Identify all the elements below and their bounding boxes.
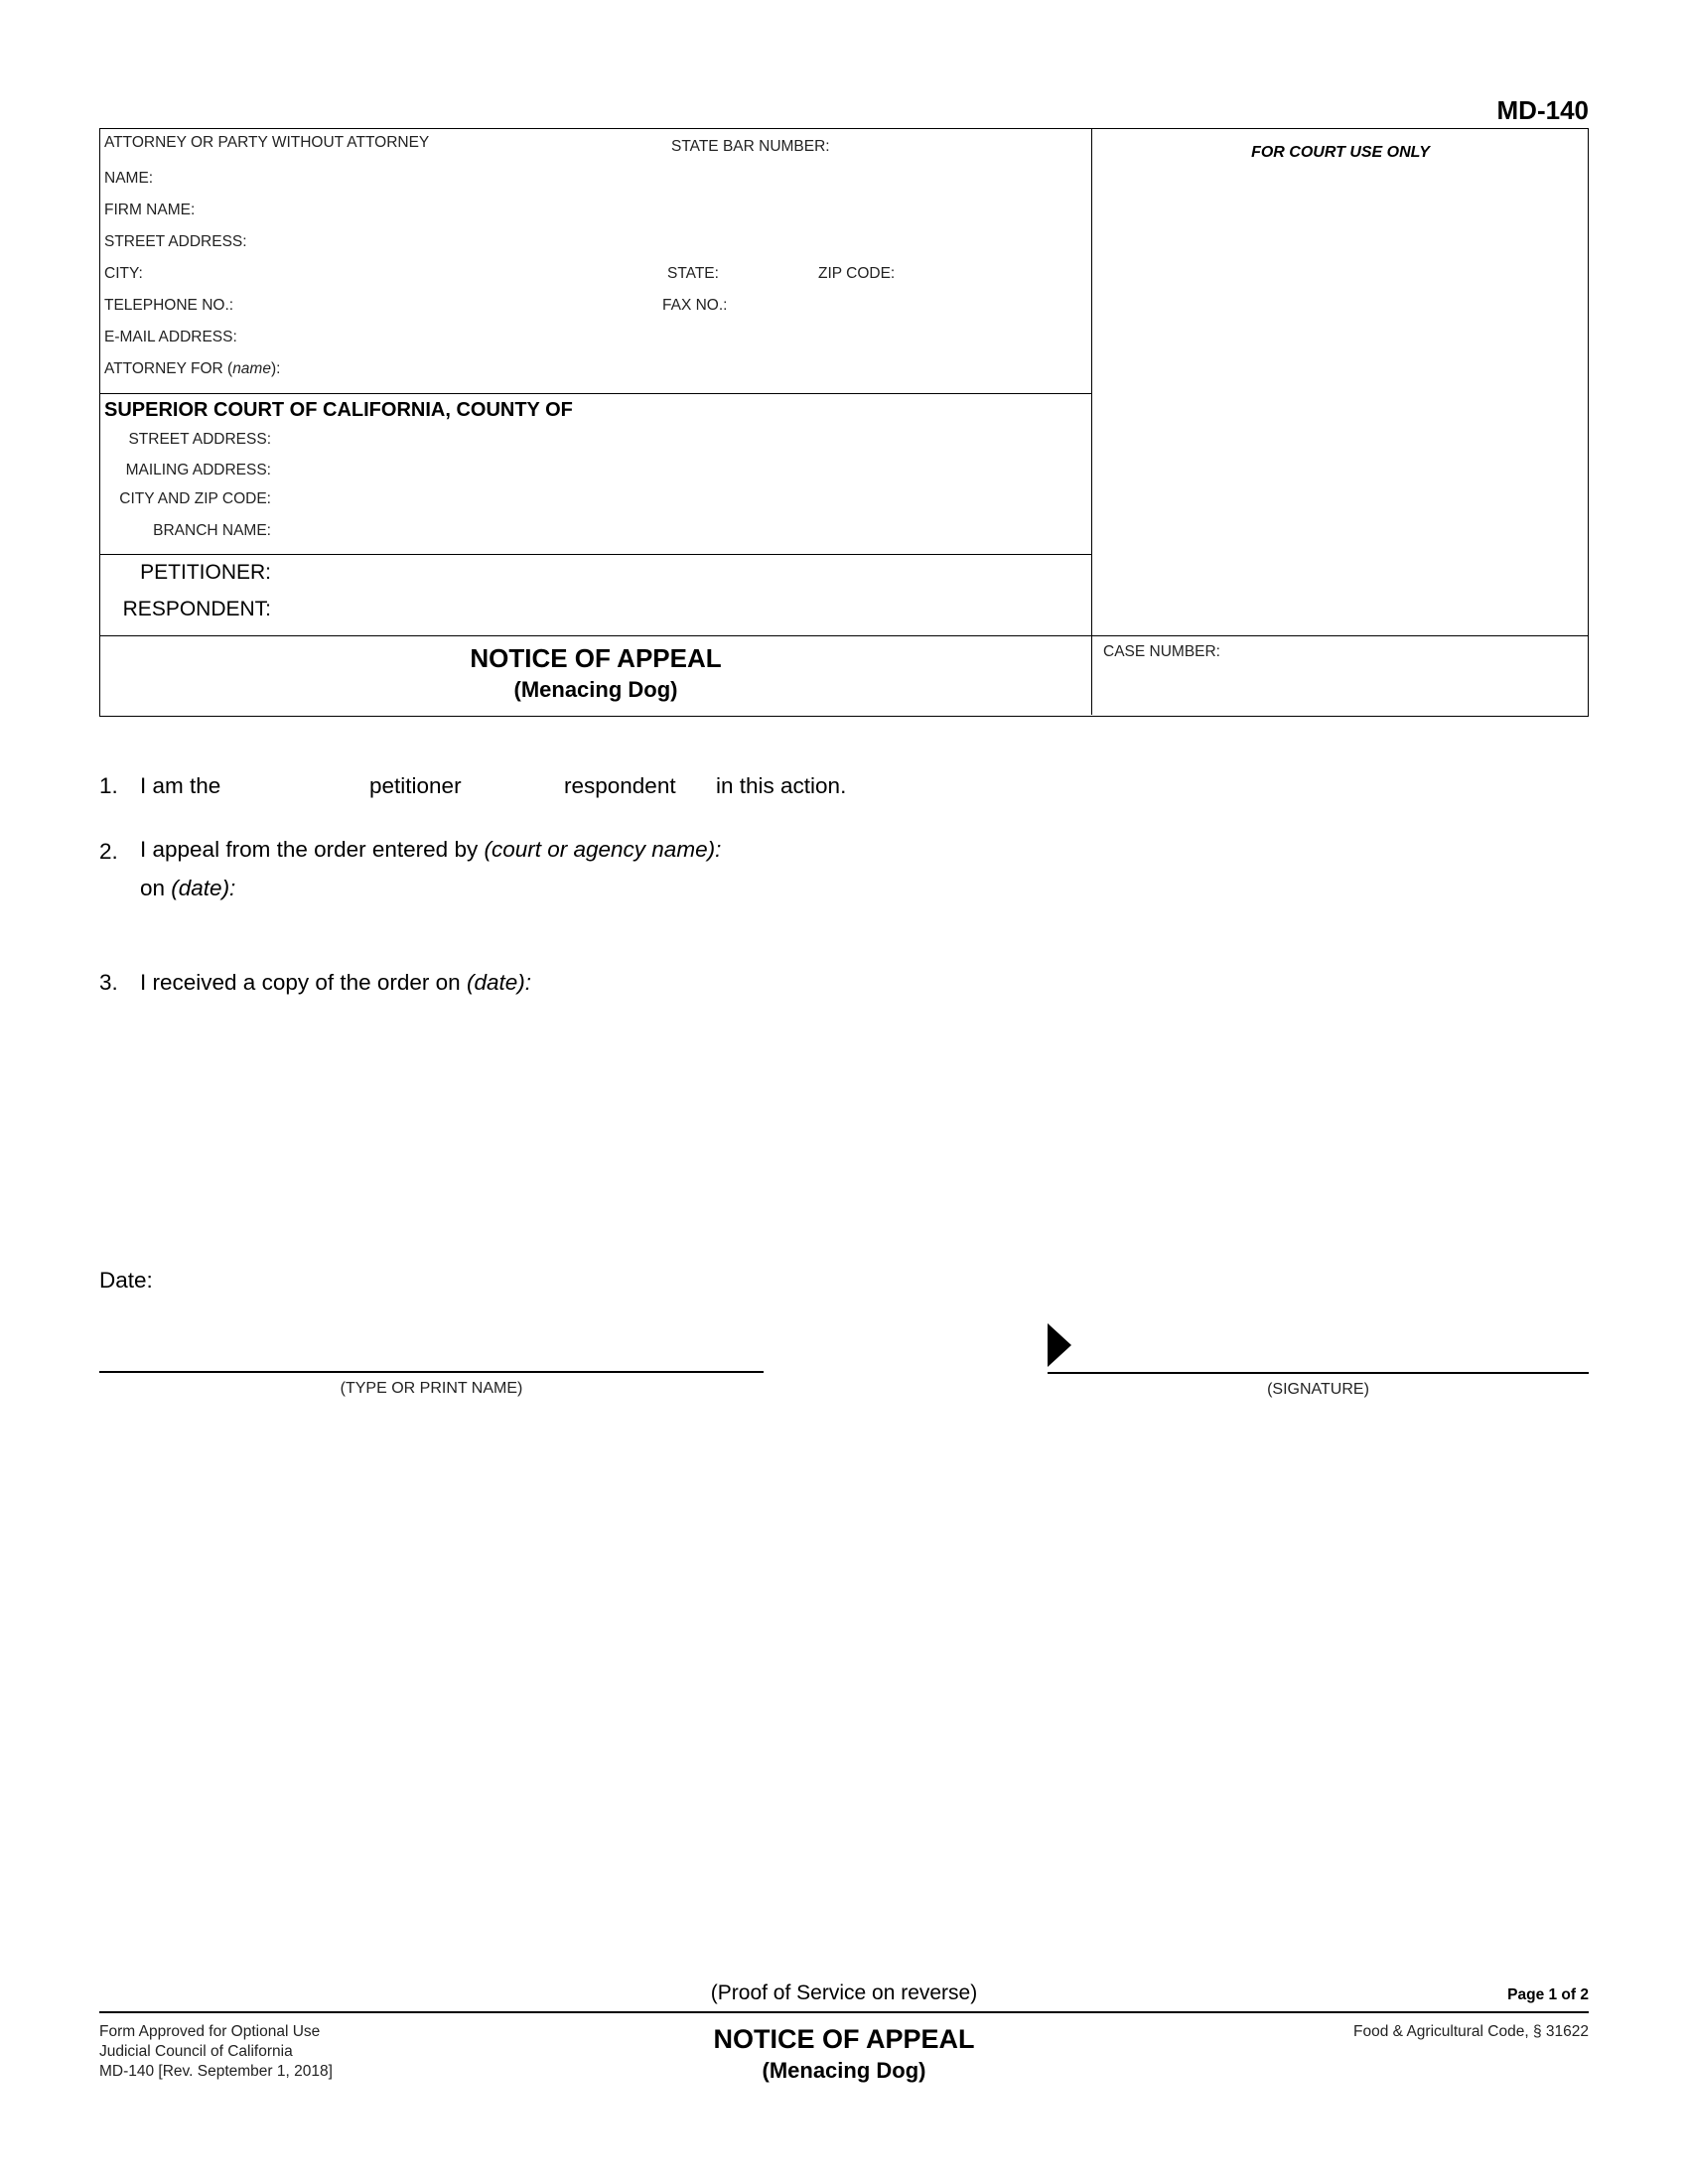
attorney-for-prefix: ATTORNEY FOR ( — [104, 360, 232, 377]
attorney-for-italic: name — [232, 360, 271, 377]
telephone-label: TELEPHONE NO.: — [104, 297, 233, 315]
footer-subtitle: (Menacing Dog) — [596, 2058, 1092, 2084]
proof-of-service-note: (Proof of Service on reverse) — [99, 1981, 1589, 2005]
telephone-field[interactable] — [249, 292, 646, 318]
footer-approval-line-2: Judicial Council of California — [99, 2042, 333, 2062]
email-label: E-MAIL ADDRESS: — [104, 329, 237, 346]
petitioner-label: PETITIONER: — [100, 561, 271, 585]
court-mailing-address-field[interactable] — [279, 457, 1083, 482]
column-divider — [1091, 129, 1092, 715]
court-street-address-label: STREET ADDRESS: — [100, 431, 271, 449]
state-field[interactable] — [726, 260, 805, 286]
item3-text: I received a copy of the order on (date)… — [140, 970, 531, 996]
item3-number: 3. — [99, 970, 118, 996]
zip-code-label: ZIP CODE: — [818, 265, 895, 283]
email-field[interactable] — [259, 324, 1083, 349]
footer-code-reference: Food & Agricultural Code, § 31622 — [1192, 2022, 1589, 2042]
attorney-for-suffix: ): — [271, 360, 280, 377]
divider-title — [100, 635, 1588, 636]
footer-approval: Form Approved for Optional Use Judicial … — [99, 2022, 333, 2082]
date-field[interactable] — [159, 1265, 556, 1295]
petitioner-checkbox[interactable] — [338, 774, 359, 796]
fax-field[interactable] — [736, 292, 1083, 318]
form-number: MD-140 — [1489, 95, 1589, 126]
signature-line — [1048, 1372, 1589, 1374]
item2-number: 2. — [99, 839, 118, 865]
street-address-label: STREET ADDRESS: — [104, 233, 247, 251]
divider-court-parties — [100, 554, 1091, 555]
attorney-for-label: ATTORNEY FOR (name): — [104, 360, 280, 378]
received-date-field[interactable] — [586, 967, 983, 997]
court-branch-name-field[interactable] — [279, 517, 1083, 543]
item1-option-respondent: respondent — [564, 773, 676, 799]
signature-caption: (SIGNATURE) — [1048, 1381, 1589, 1399]
city-label: CITY: — [104, 265, 143, 283]
item1-suffix: in this action. — [716, 773, 846, 799]
name-field[interactable] — [160, 165, 1083, 191]
footer-title: NOTICE OF APPEAL — [596, 2024, 1092, 2055]
petitioner-field[interactable] — [279, 558, 1083, 588]
state-bar-number-label: STATE BAR NUMBER: — [671, 138, 830, 156]
item2-text: I appeal from the order entered by (cour… — [140, 837, 721, 863]
form-subtitle: (Menacing Dog) — [100, 677, 1091, 703]
court-title: SUPERIOR COURT OF CALIFORNIA, COUNTY OF — [104, 399, 573, 422]
firm-name-field[interactable] — [210, 197, 1083, 222]
respondent-label: RESPONDENT: — [100, 598, 271, 621]
item1-option-petitioner: petitioner — [369, 773, 462, 799]
print-name-caption: (TYPE OR PRINT NAME) — [99, 1380, 764, 1398]
court-street-address-field[interactable] — [279, 426, 1083, 452]
court-mailing-address-label: MAILING ADDRESS: — [100, 462, 271, 479]
attorney-for-field[interactable] — [299, 355, 1083, 381]
signature-field[interactable] — [1082, 1330, 1587, 1370]
fax-label: FAX NO.: — [662, 297, 727, 315]
footer-approval-line-1: Form Approved for Optional Use — [99, 2022, 333, 2042]
item1-number: 1. — [99, 773, 118, 799]
zip-code-field[interactable] — [905, 260, 1083, 286]
date-label: Date: — [99, 1268, 153, 1294]
divider-attorney-court — [100, 393, 1091, 394]
respondent-checkbox[interactable] — [531, 774, 553, 796]
caption-box: ATTORNEY OR PARTY WITHOUT ATTORNEY STATE… — [99, 128, 1589, 717]
item3-italic: (date): — [467, 970, 531, 995]
name-label: NAME: — [104, 170, 153, 188]
print-name-field[interactable] — [99, 1330, 764, 1368]
respondent-field[interactable] — [279, 595, 1083, 624]
item1-prefix: I am the — [140, 773, 220, 799]
item2-on-date: on (date): — [140, 876, 235, 901]
court-city-zip-label: CITY AND ZIP CODE: — [100, 490, 271, 508]
item2-label: I appeal from the order entered by — [140, 837, 484, 862]
signature-arrow-icon — [1048, 1323, 1071, 1367]
print-name-line — [99, 1371, 764, 1373]
firm-name-label: FIRM NAME: — [104, 202, 195, 219]
case-number-label: CASE NUMBER: — [1103, 643, 1220, 661]
court-branch-name-label: BRANCH NAME: — [100, 522, 271, 540]
court-city-zip-field[interactable] — [279, 485, 1083, 511]
footer-rule — [99, 2011, 1589, 2013]
street-address-field[interactable] — [259, 228, 1083, 254]
item2-italic: (court or agency name): — [484, 837, 721, 862]
item3-label: I received a copy of the order on — [140, 970, 467, 995]
footer-approval-line-3: MD-140 [Rev. September 1, 2018] — [99, 2062, 333, 2082]
county-field[interactable] — [636, 397, 1083, 423]
form-title: NOTICE OF APPEAL — [100, 643, 1091, 674]
state-bar-number-field[interactable] — [845, 133, 1083, 157]
case-number-field[interactable] — [1103, 667, 1580, 707]
court-use-only-label: FOR COURT USE ONLY — [1093, 144, 1588, 162]
item2-on-italic: (date): — [171, 876, 235, 900]
state-label: STATE: — [667, 265, 719, 283]
page-number: Page 1 of 2 — [1390, 1986, 1589, 2004]
order-date-field[interactable] — [258, 873, 655, 902]
court-agency-name-field[interactable] — [794, 834, 1579, 864]
city-field[interactable] — [150, 260, 656, 286]
attorney-header: ATTORNEY OR PARTY WITHOUT ATTORNEY — [104, 134, 429, 152]
item2-on-label: on — [140, 876, 171, 900]
